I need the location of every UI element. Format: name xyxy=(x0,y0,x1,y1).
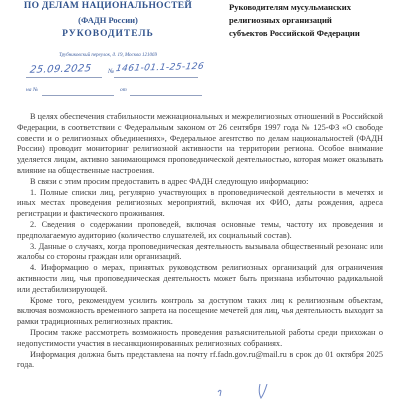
handwritten-date: 25.09.2025 xyxy=(29,63,92,76)
sender-line-title: РУКОВОДИТЕЛЬ xyxy=(22,27,194,42)
sender-line-agency: ПО ДЕЛАМ НАЦИОНАЛЬНОСТЕЙ xyxy=(22,0,194,13)
reference-row: 25.09.2025 № 1461-01.1-25-126 xyxy=(26,62,206,80)
paragraph-item-4: 4. Информацию о мерах, принятых руководс… xyxy=(17,263,383,295)
incoming-from-label: от xyxy=(120,87,127,93)
number-rule-line xyxy=(114,77,198,78)
sender-line-abbrev: (ФАДН России) xyxy=(22,13,194,27)
paragraph-item-3: 3. Данные о случаях, когда проповедничес… xyxy=(17,242,383,264)
incoming-reference-row: на № от xyxy=(26,84,206,98)
incoming-number-label: на № xyxy=(26,87,38,93)
letter-body: В целях обеспечения стабильности межнаци… xyxy=(17,112,383,371)
paragraph-item-1: 1. Полные списки лиц, регулярно участвую… xyxy=(17,188,383,220)
paragraph-deadline: Информация должна быть представлена на п… xyxy=(17,350,383,372)
paragraph-intro: В целях обеспечения стабильности межнаци… xyxy=(17,112,383,177)
sender-block: ПО ДЕЛАМ НАЦИОНАЛЬНОСТЕЙ (ФАДН России) Р… xyxy=(22,0,194,42)
addressee-line-1: Руководителям мусульманских xyxy=(229,1,394,14)
date-rule-line xyxy=(26,77,102,78)
addressee-line-2: религиозных организаций xyxy=(229,14,394,27)
paragraph-request-lead: В связи с этим просим предоставить в адр… xyxy=(17,177,383,188)
number-sign: № xyxy=(108,68,114,75)
paragraph-outreach: Просим также рассмотреть возможность про… xyxy=(17,328,383,350)
paragraph-recommendation: Кроме того, рекомендуем усилить контроль… xyxy=(17,296,383,328)
handwritten-number: 1461-01.1-25-126 xyxy=(115,62,205,74)
scanned-letter-page: ПО ДЕЛАМ НАЦИОНАЛЬНОСТЕЙ (ФАДН России) Р… xyxy=(0,0,400,400)
addressee-block: Руководителям мусульманских религиозных … xyxy=(229,1,394,40)
paragraph-item-2: 2. Сведения о содержании проповедей, вкл… xyxy=(17,220,383,242)
signature-stroke xyxy=(205,384,285,400)
incoming-number-rule-line xyxy=(42,95,114,96)
sender-address: Трубниковский переулок, д. 19, Москва 12… xyxy=(22,52,194,59)
incoming-from-rule-line xyxy=(130,95,202,96)
addressee-line-3: субъектов Российской Федерации xyxy=(229,27,394,40)
